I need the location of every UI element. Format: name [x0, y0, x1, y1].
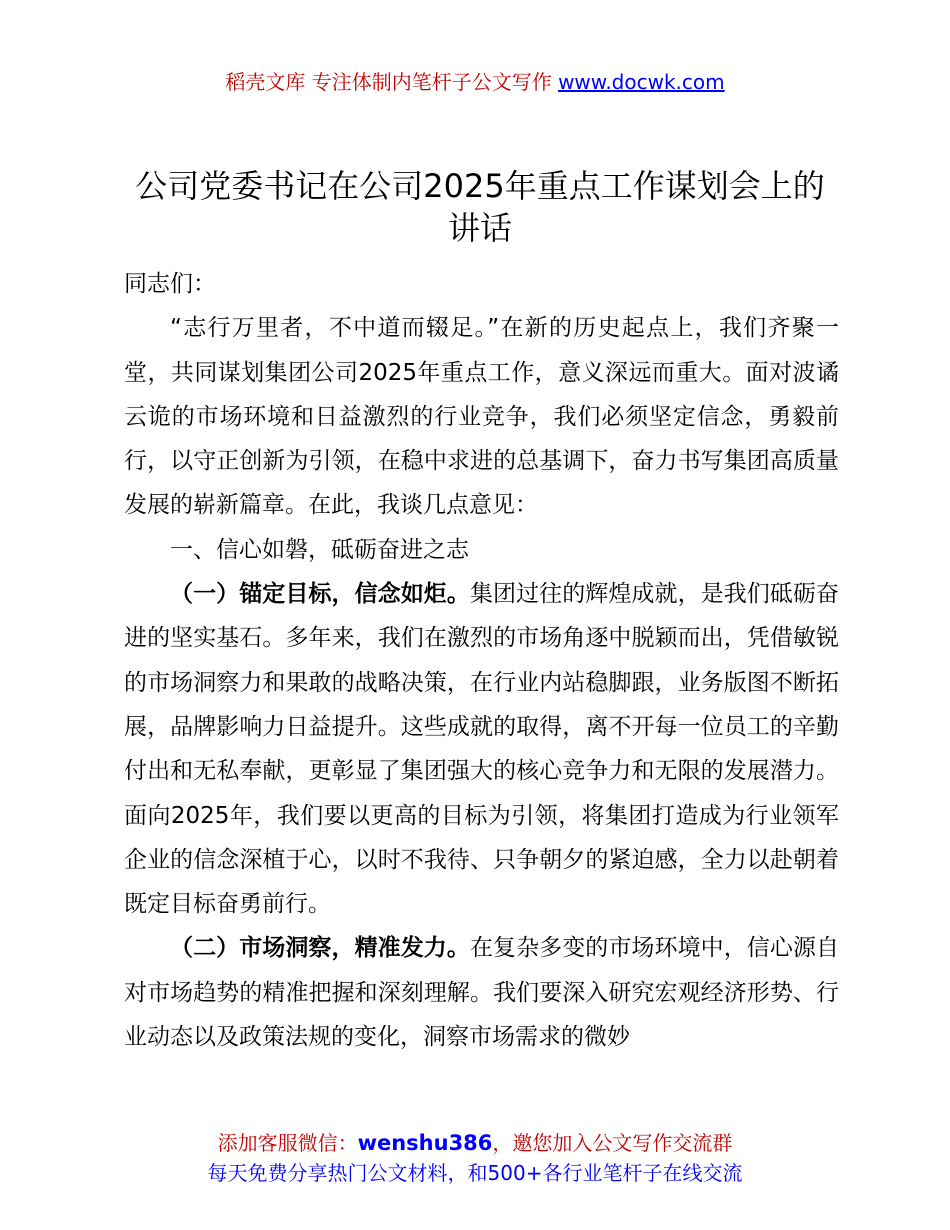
- document-body: 同志们： “志行万里者，不中道而辍足。”在新的历史起点上，我们齐聚一堂，共同谋划…: [124, 262, 839, 1059]
- footer-line-2: 每天免费分享热门公文材料，和500+各行业笔杆子在线交流: [0, 1158, 950, 1188]
- document-title: 公司党委书记在公司2025年重点工作谋划会上的讲话: [120, 165, 840, 249]
- footer-line-1: 添加客服微信：wenshu386，邀您加入公文写作交流群: [0, 1128, 950, 1158]
- paragraph-1: （一）锚定目标，信念如炬。集团过往的辉煌成就，是我们砥砺奋进的坚实基石。多年来，…: [124, 572, 839, 926]
- salutation: 同志们：: [124, 262, 839, 306]
- paragraph-1-text: 集团过往的辉煌成就，是我们砥砺奋进的坚实基石。多年来，我们在激烈的市场角逐中脱颖…: [124, 581, 839, 917]
- page-footer: 添加客服微信：wenshu386，邀您加入公文写作交流群 每天免费分享热门公文材…: [0, 1128, 950, 1188]
- footer-prefix: 添加客服微信：: [218, 1131, 358, 1155]
- paragraph-2: （二）市场洞察，精准发力。在复杂多变的市场环境中，信心源自对市场趋势的精准把握和…: [124, 926, 839, 1059]
- page-header: 稻壳文库 专注体制内笔杆子公文写作 www.docwk.com: [0, 68, 950, 96]
- section-heading: 一、信心如磐，砥砺奋进之志: [124, 528, 839, 572]
- footer-suffix: ，邀您加入公文写作交流群: [492, 1131, 732, 1155]
- wechat-id: wenshu386: [358, 1131, 493, 1155]
- header-slogan: 稻壳文库 专注体制内笔杆子公文写作: [225, 70, 558, 94]
- paragraph-1-heading: （一）锚定目标，信念如炬。: [170, 581, 470, 607]
- header-link[interactable]: www.docwk.com: [558, 70, 725, 94]
- paragraph-2-heading: （二）市场洞察，精准发力。: [170, 935, 470, 961]
- paragraph-intro: “志行万里者，不中道而辍足。”在新的历史起点上，我们齐聚一堂，共同谋划集团公司2…: [124, 306, 839, 527]
